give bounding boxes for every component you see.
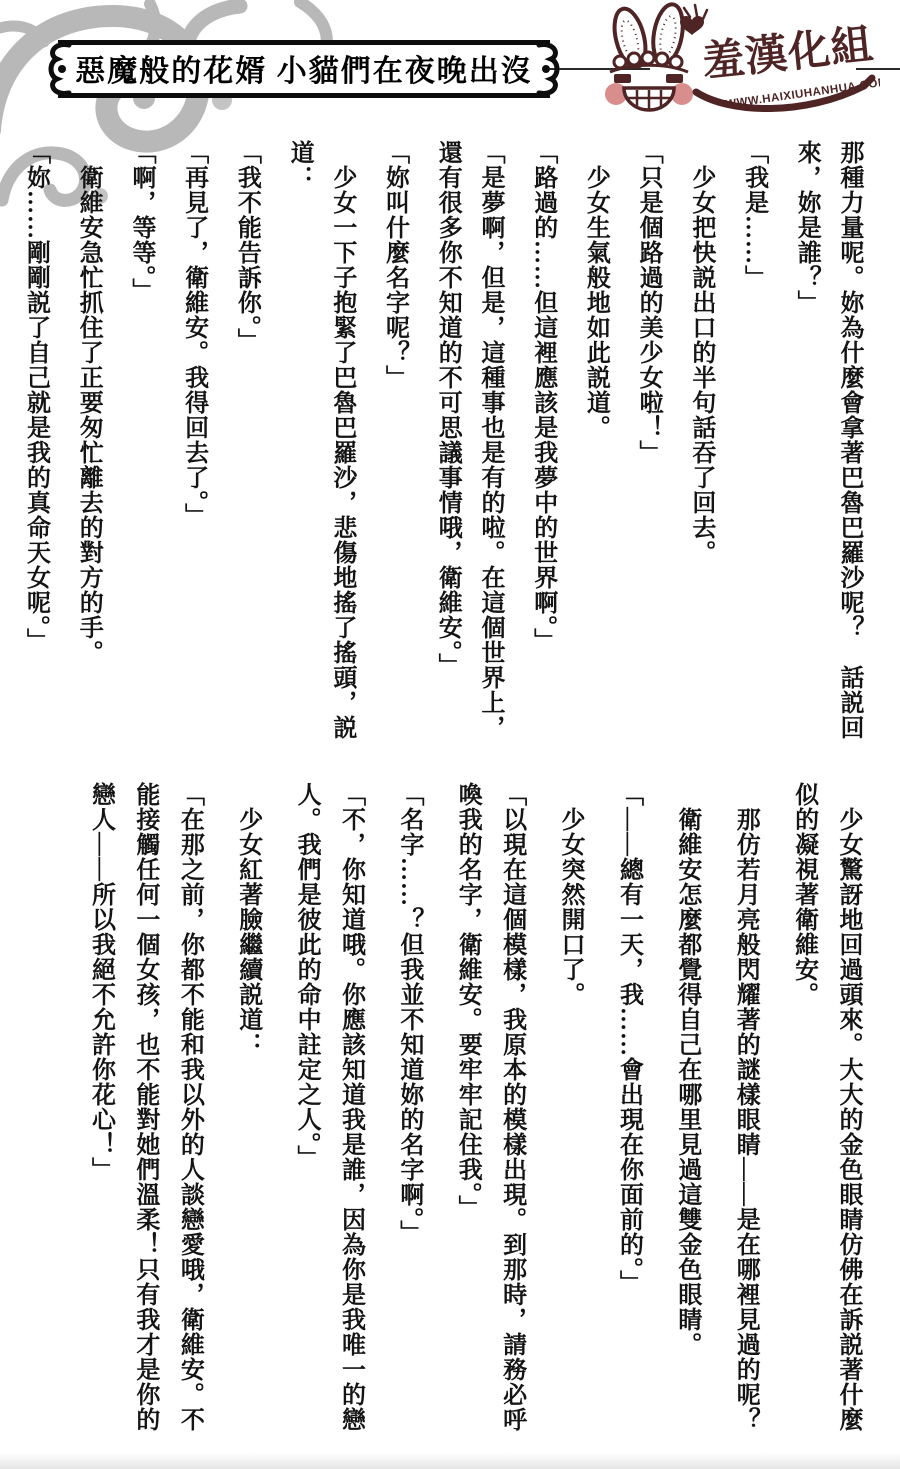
paragraph: 「在那之前，你都不能和我以外的人談戀愛哦，衛維安。不能接觸任何一個女孩，也不能對…	[78, 782, 211, 1446]
paragraph: 少女一下子抱緊了巴魯巴羅沙，悲傷地搖了搖頭，説道：	[277, 140, 362, 752]
paragraph: 那仿若月亮般閃耀著的謎樣眼睛——是在哪裡見過的呢？	[723, 782, 767, 1446]
chapter-title-box: 惡魔般的花婿 小貓們在夜晚出沒	[58, 40, 550, 98]
paragraph: 「名字……？但我並不知道妳的名字啊。」	[386, 782, 430, 1446]
paragraph: 「再見了，衛維安。我得回去了。」	[172, 140, 215, 752]
paragraph: 「我不能告訴你。」	[225, 140, 268, 752]
paragraph: 那種力量呢。妳為什麼會拿著巴魯巴羅沙呢？ 話説回來，妳是誰？」	[785, 140, 870, 752]
paragraph: 「只是個路過的美少女啦！」	[626, 140, 669, 752]
story-text-top: 那種力量呢。妳為什麼會拿著巴魯巴羅沙呢？ 話説回來，妳是誰？」 「我是……」 少…	[4, 140, 870, 752]
paragraph: 「我是……」	[732, 140, 775, 752]
paragraph: 衛維安急忙抓住了正要匆忙離去的對方的手。	[67, 140, 110, 752]
title-bar: 惡魔般的花婿 小貓們在夜晚出沒	[58, 40, 550, 98]
paragraph: 「啊，等等。」	[119, 140, 162, 752]
page-title: 惡魔般的花婿 小貓們在夜晚出沒	[75, 46, 533, 90]
title-end-ornament-icon	[536, 42, 562, 96]
translation-group-logo: 羞漢化組 WWW.HAIXIUHANHUA.COM	[580, 2, 880, 120]
paragraph: 少女生氣般地如此説道。	[574, 140, 617, 752]
paragraph: 「——總有一天，我……會出現在你面前的。」	[606, 782, 650, 1446]
logo-text: 羞漢化組	[700, 21, 876, 86]
title-end-ornament-icon	[46, 42, 72, 96]
paragraph: 「妳……剛剛説了自己就是我的真命天女呢。」	[14, 140, 57, 752]
paragraph: 少女突然開口了。	[548, 782, 592, 1446]
paragraph: 「以現在這個模樣，我原本的模樣出現。到那時，請務必呼喚我的名字，衛維安。要牢牢記…	[445, 782, 534, 1446]
paragraph: 少女把快説出口的半句話吞了回去。	[679, 140, 722, 752]
paragraph: 少女紅著臉繼續説道：	[225, 782, 269, 1446]
paragraph: 「不，你知道哦。你應該知道我是誰，因為你是我唯一的戀人。我們是彼此的命中註定之人…	[284, 782, 373, 1446]
page-edge-shadow	[0, 1453, 900, 1469]
paragraph: 「妳叫什麼名字呢？」	[373, 140, 416, 752]
paragraph: 衛維安怎麼都覺得自己在哪里見過這雙金色眼睛。	[664, 782, 708, 1446]
paragraph: 「是夢啊，但是，這種事也是有的啦。在這個世界上，還有很多你不知道的不可思議事情哦…	[426, 140, 511, 752]
paragraph: 少女驚訝地回過頭來。大大的金色眼睛仿佛在訴説著什麼似的凝視著衛維安。	[781, 782, 870, 1446]
scanned-novel-page: { "header": { "title": "惡魔般的花婿 小貓們在夜晚出沒"…	[0, 0, 900, 1469]
rabbit-mascot-icon	[605, 2, 707, 110]
paragraph: 「路過的……但這裡應該是我夢中的世界啊。」	[521, 140, 564, 752]
story-text-bottom: 少女驚訝地回過頭來。大大的金色眼睛仿佛在訴説著什麼似的凝視著衛維安。 那仿若月亮…	[64, 782, 870, 1446]
